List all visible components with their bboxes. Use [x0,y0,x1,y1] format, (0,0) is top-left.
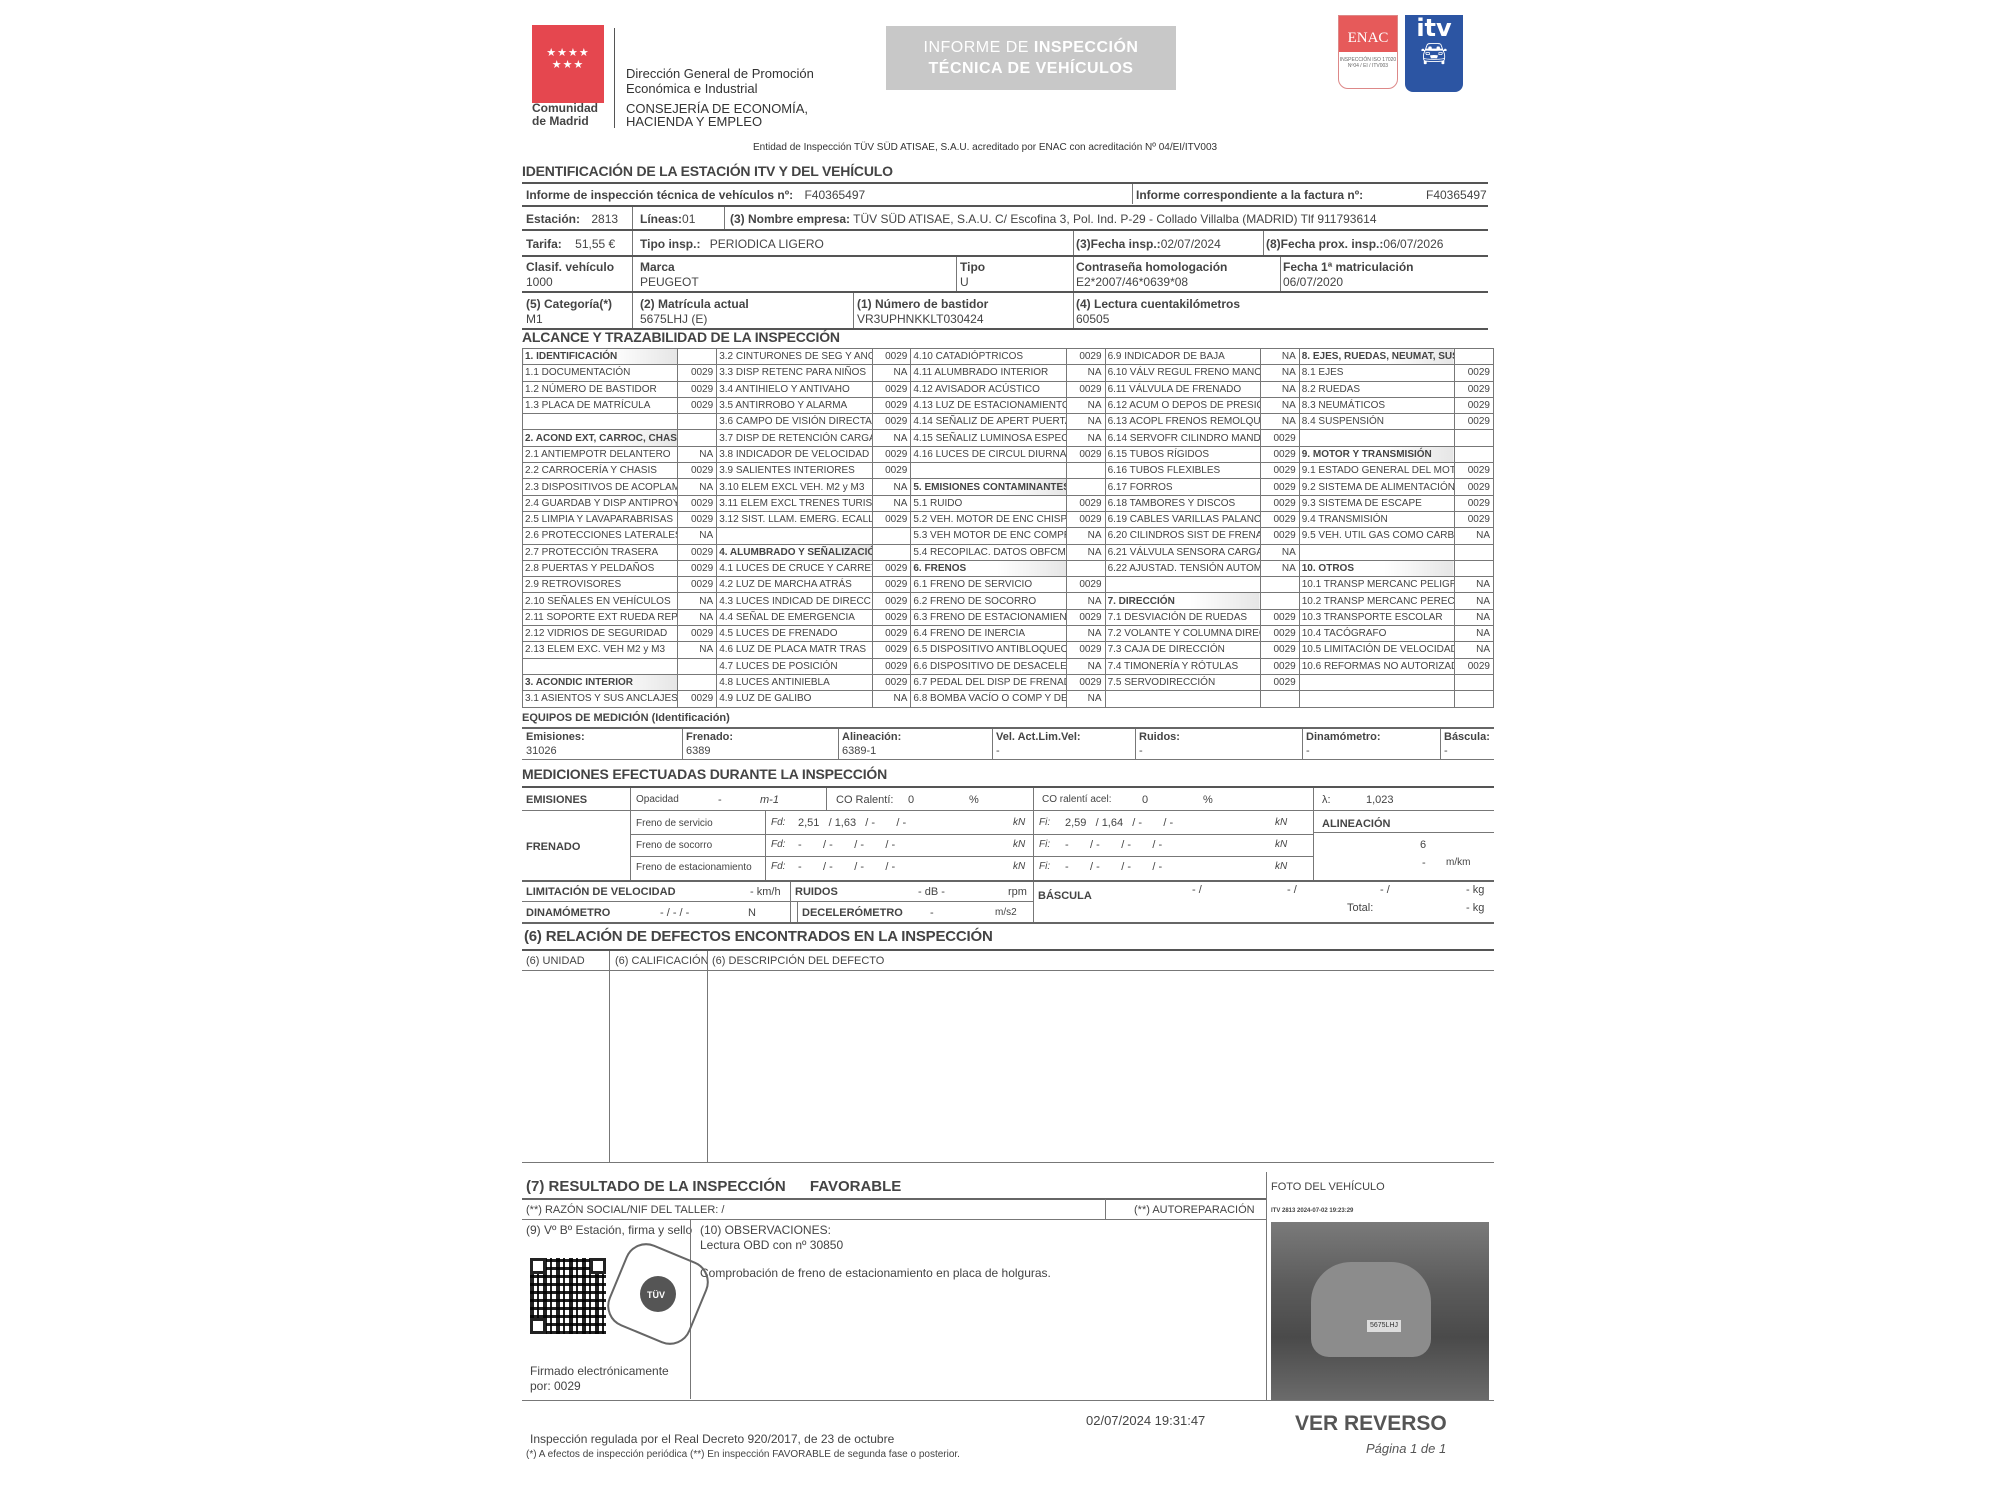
scale-value-3: - / [1380,884,1390,896]
next-date: 06/07/2026 [1383,237,1443,251]
scale-value-2: - / [1287,884,1297,896]
equipment-item: Vel. Act.Lim.Vel:- [996,730,1133,758]
scope-item-label: 5.4 RECOPILAC. DATOS OBFCM [911,544,1066,560]
vehicle-class: 1000 [526,275,553,289]
scope-row: 1. IDENTIFICACIÓN3.2 CINTURONES DE SEG Y… [523,349,1494,365]
equipment-value: - [1306,744,1438,758]
scope-item-label: 5.1 RUIDO [911,495,1066,511]
equipment-item: Báscula:- [1444,730,1492,758]
scope-item-inspector: NA [1260,349,1299,365]
scope-item-inspector: NA [1066,397,1105,413]
divider [1313,788,1314,880]
scope-item-inspector [1260,577,1299,593]
scope-item-label: 6.9 INDICADOR DE BAJA [1105,349,1260,365]
next-date-label: (8)Fecha prox. insp.: [1266,237,1383,251]
divider [522,182,1488,184]
scope-item-label: 4.8 LUCES ANTINIEBLA [717,674,872,690]
print-timestamp: 02/07/2024 19:31:47 [1086,1413,1205,1428]
accreditation-text: Entidad de Inspección TÜV SÜD ATISAE, S.… [753,142,1217,153]
scope-item-label: 9.1 ESTADO GENERAL DEL MOTOR [1299,463,1454,479]
photo-caption: ITV 2813 2024-07-02 19:23:29 [1271,1208,1353,1214]
tipo-label: Tipo [960,260,985,274]
qr-finder [530,1258,546,1274]
scope-item-label: 4.2 LUZ DE MARCHA ATRÁS [717,577,872,593]
fd-label: Fd: [771,861,785,872]
divider [1313,832,1494,833]
odometer-label: (4) Lectura cuentakilómetros [1076,297,1240,311]
scope-item-label: 8.4 SUSPENSIÓN [1299,414,1454,430]
decel-value: - [930,907,934,919]
scope-item-inspector: 0029 [1260,658,1299,674]
company-label: (3) Nombre empresa: [730,212,850,226]
divider [522,1219,1266,1220]
scope-item-label: 3.7 DISP DE RETENCIÓN CARGA [717,430,872,446]
equipment-value: - [996,744,1133,758]
divider [522,880,1494,882]
scope-item-inspector: 0029 [1260,511,1299,527]
scope-item-inspector: 0029 [1260,528,1299,544]
scope-item-inspector: 0029 [872,463,911,479]
scope-item-inspector: NA [1455,609,1494,625]
scope-item-label: 4.15 SEÑALIZ LUMINOSA ESPECIF [911,430,1066,446]
fd-values: - / - / - / - [798,861,895,873]
opacity-label: Opacidad [636,794,679,805]
kn-unit: kN [1275,839,1287,850]
station: 2813 [591,212,618,226]
fd-label: Fd: [771,817,785,828]
scope-item-label: 10.1 TRANSP MERCANC PELIGR [1299,577,1454,593]
scope-item-inspector: 0029 [872,642,911,658]
equipment-label: Dinamómetro: [1306,730,1438,744]
scope-item-inspector [678,674,717,690]
scope-item-label: 8.1 EJES [1299,365,1454,381]
scope-item-label: 5.2 VEH. MOTOR DE ENC CHISPA [911,511,1066,527]
fd-values: 2,51 / 1,63 / - / - [798,817,906,829]
scope-item-inspector: 0029 [872,560,911,576]
observation-1: Lectura OBD con nº 30850 [700,1238,843,1252]
scope-item-label: 10.3 TRANSPORTE ESCOLAR [1299,609,1454,625]
scope-item-inspector [678,349,717,365]
divider [1280,257,1281,291]
equipment-label: Vel. Act.Lim.Vel: [996,730,1133,744]
kn-unit: kN [1013,817,1025,828]
qr-finder [530,1318,546,1334]
plate-label: (2) Matrícula actual [640,297,749,311]
scope-item-inspector: 0029 [1260,430,1299,446]
scope-item-label: 1.3 PLACA DE MATRÍCULA [523,397,678,413]
scope-item-inspector: 0029 [872,609,911,625]
scope-item-label: 2.8 PUERTAS Y PELDAÑOS [523,560,678,576]
scope-item-label: 3.10 ELEM EXCL VEH. M2 y M3 [717,479,872,495]
scope-item-inspector: NA [1260,414,1299,430]
scope-item-label: 6.14 SERVOFR CILINDRO MANDO [1105,430,1260,446]
scope-item-inspector: 0029 [1455,365,1494,381]
scope-item-label: 6.8 BOMBA VACÍO O COMP Y DEP [911,691,1066,707]
scope-item-inspector [1455,560,1494,576]
scope-item-inspector: 0029 [1066,381,1105,397]
scope-item-inspector [1455,674,1494,690]
scope-item-label: 3.5 ANTIRROBO Y ALARMA [717,397,872,413]
scope-row: 3. ACONDIC INTERIOR4.8 LUCES ANTINIEBLA0… [523,674,1494,690]
scope-item-inspector: NA [1260,544,1299,560]
scope-item-label: 3.3 DISP RETENC PARA NIÑOS [717,365,872,381]
divider [632,231,633,255]
equipment-item: Alineación:6389-1 [842,730,990,758]
equipment-item: Emisiones:31026 [526,730,680,758]
scope-item-label [1299,674,1454,690]
photo-plate: 5675LHJ [1367,1320,1401,1332]
scope-item-label: 6.12 ACUM O DEPOS DE PRESIÓN [1105,397,1260,413]
signed-line2: por: 0029 [530,1379,581,1393]
equipment-value: 6389-1 [842,744,990,758]
odometer: 60505 [1076,312,1109,326]
scope-item-label: 4.5 LUCES DE FRENADO [717,626,872,642]
scope-item-label: 6.6 DISPOSITIVO DE DESACELERA [911,658,1066,674]
scope-item-inspector: NA [1260,381,1299,397]
equipment-title: EQUIPOS DE MEDICIÓN (Identificación) [522,712,730,724]
fi-values: 2,59 / 1,64 / - / - [1065,817,1173,829]
scale-total-label: Total: [1347,902,1373,914]
see-reverse: VER REVERSO [1295,1412,1447,1436]
scope-item-inspector: NA [1260,397,1299,413]
co-idle-unit: % [969,794,979,806]
scope-item-label: 3.2 CINTURONES DE SEG Y ANCL [717,349,872,365]
scope-item-label: 7.1 DESVIACIÓN DE RUEDAS [1105,609,1260,625]
scope-item-inspector: NA [872,691,911,707]
scope-item-label [523,414,678,430]
result-heading: (7) RESULTADO DE LA INSPECCIÓN FAVORABLE [526,1178,901,1195]
scope-item-inspector: NA [1066,593,1105,609]
scope-item-label: 10.5 LIMITACIÓN DE VELOCIDAD [1299,642,1454,658]
equipment-label: Emisiones: [526,730,680,744]
scope-item-label: 2.1 ANTIEMPOTR DELANTERO [523,446,678,462]
divider [1033,788,1034,810]
scope-item-inspector: 0029 [1260,463,1299,479]
scope-item-inspector [1260,593,1299,609]
scope-item-inspector: NA [872,479,911,495]
regulation-text: Inspección regulada por el Real Decreto … [530,1432,894,1446]
scope-item-inspector: 0029 [872,593,911,609]
scope-item-inspector: 0029 [872,381,911,397]
scope-item-label: 4.13 LUZ DE ESTACIONAMIENTO [911,397,1066,413]
defects-title: (6) RELACIÓN DE DEFECTOS ENCONTRADOS EN … [524,928,993,945]
homologation: E2*2007/46*0639*08 [1076,275,1188,289]
scope-item-label: 4.10 CATADIÓPTRICOS [911,349,1066,365]
station-label: Estación: [526,212,580,226]
scope-item-inspector: 0029 [1455,658,1494,674]
scope-item-label: 7.2 VOLANTE Y COLUMNA DIREC [1105,626,1260,642]
scope-item-inspector: 0029 [678,626,717,642]
category-label: (5) Categoría(*) [526,297,612,311]
divider [1073,231,1074,255]
scope-item-label: 2.5 LIMPIA Y LAVAPARABRISAS [523,511,678,527]
observations-label: (10) OBSERVACIONES: [700,1223,831,1237]
scope-item-label: 6.7 PEDAL DEL DISP DE FRENADA [911,674,1066,690]
scope-item-label: 4.11 ALUMBRADO INTERIOR [911,365,1066,381]
scope-item-inspector: 0029 [872,674,911,690]
scope-item-inspector: 0029 [1066,511,1105,527]
divider [682,729,683,759]
scope-item-label: 1.2 NÚMERO DE BASTIDOR [523,381,678,397]
type-label: Tipo insp.: [640,237,700,251]
scope-item-inspector: 0029 [1455,414,1494,430]
equipment-value: 6389 [686,744,836,758]
scope-item-label: 6.20 CILINDROS SIST DE FRENADO [1105,528,1260,544]
region-name-line2: de Madrid [532,115,598,128]
divider [1132,184,1133,204]
scope-item-label: 2.3 DISPOSITIVOS DE ACOPLAM [523,479,678,495]
scope-item-label [1105,691,1260,707]
lambda-label: λ: [1322,794,1331,806]
scope-row: 2.12 VIDRIOS DE SEGURIDAD00294.5 LUCES D… [523,626,1494,642]
scope-item-inspector: 0029 [678,463,717,479]
scope-row: 3.1 ASIENTOS Y SUS ANCLAJES00294.9 LUZ D… [523,691,1494,707]
first-registration: 06/07/2020 [1283,275,1343,289]
fi-label: Fi: [1039,839,1050,850]
stars-icon: ★★★★★★★ [540,47,596,71]
scope-item-inspector: NA [678,528,717,544]
opacity-value: - [718,794,722,806]
car-icon: 🚘︎ [1405,41,1463,67]
divider [522,229,1488,231]
homolog-label: Contraseña homologación [1076,260,1227,274]
scope-item-label: 6.21 VÁLVULA SENSORA CARGA [1105,544,1260,560]
scope-item-inspector [1066,463,1105,479]
scope-item-label: 5.3 VEH MOTOR DE ENC COMPR [911,528,1066,544]
lines: 01 [682,212,695,226]
scope-item-label: 8.2 RUEDAS [1299,381,1454,397]
scope-item-label: 3.8 INDICADOR DE VELOCIDAD [717,446,872,462]
scope-section-header: 5. EMISIONES CONTAMINANTES [911,479,1066,495]
equipment-item: Frenado:6389 [686,730,836,758]
scope-item-inspector: NA [872,430,911,446]
kn-unit: kN [1013,861,1025,872]
scope-item-label: 2.2 CARROCERÍA Y CHASIS [523,463,678,479]
scope-item-inspector: NA [678,642,717,658]
scope-item-label: 4.16 LUCES DE CIRCUL DIURNA [911,446,1066,462]
ministry: CONSEJERÍA DE ECONOMÍA, HACIENDA Y EMPLE… [626,102,808,128]
opacity-unit: m-1 [760,794,779,806]
col-description: (6) DESCRIPCIÓN DEL DEFECTO [712,955,884,967]
enac-sub: INSPECCIÓN ISO 17020 Nº04 / EI / ITV003 [1339,52,1397,69]
scope-item-label: 4.6 LUZ DE PLACA MATR TRAS [717,642,872,658]
scope-item-inspector: 0029 [1260,479,1299,495]
scope-item-label: 6.19 CABLES VARILLAS PALANCAS [1105,511,1260,527]
scope-item-inspector: 0029 [872,626,911,642]
scope-item-label: 6.1 FRENO DE SERVICIO [911,577,1066,593]
scope-item-inspector: 0029 [1066,349,1105,365]
scope-item-label: 6.3 FRENO DE ESTACIONAMIENTO [911,609,1066,625]
scope-item-inspector: NA [678,479,717,495]
scope-item-inspector: 0029 [872,397,911,413]
divider [724,207,725,229]
noise-value: - dB - [918,886,945,898]
scope-section-header: 1. IDENTIFICACIÓN [523,349,678,365]
scope-item-inspector [1455,544,1494,560]
scope-item-label: 4.4 SEÑAL DE EMERGENCIA [717,609,872,625]
directorate-line1: Dirección General de Promoción [626,66,814,81]
scope-item-inspector: 0029 [1066,674,1105,690]
scope-item-inspector [1455,446,1494,462]
scope-item-label: 10.6 REFORMAS NO AUTORIZADAS [1299,658,1454,674]
scope-item-inspector: NA [1066,365,1105,381]
dyno-value: - / - / - [660,907,689,919]
scope-item-label: 6.2 FRENO DE SOCORRO [911,593,1066,609]
tipo: U [960,275,969,289]
stamp-label: (9) Vº Bº Estación, firma y sello [526,1223,692,1237]
fee-label: Tarifa: [526,237,562,251]
equipment-value: - [1444,744,1492,758]
divider [522,291,1488,293]
scope-item-label: 4.12 AVISADOR ACÚSTICO [911,381,1066,397]
scope-item-inspector: 0029 [678,691,717,707]
kn-unit: kN [1275,861,1287,872]
divider [790,882,791,922]
result-value: FAVORABLE [810,1178,901,1195]
divider [1266,1172,1267,1400]
co-accel-value: 0 [1142,794,1148,806]
scope-item-label: 4.1 LUCES DE CRUCE Y CARRETER [717,560,872,576]
scope-item-inspector: 0029 [1260,626,1299,642]
inspection-type: PERIODICA LIGERO [710,237,824,251]
scope-item-inspector: NA [1066,414,1105,430]
alignment-unit: m/km [1446,857,1470,868]
vin: VR3UPHNKKLT030424 [857,312,984,326]
scope-item-label: 3.1 ASIENTOS Y SUS ANCLAJES [523,691,678,707]
kn-unit: kN [1013,839,1025,850]
scope-item-inspector: NA [1066,691,1105,707]
divider [1033,882,1034,922]
fee: 51,55 € [575,237,615,251]
comunidad-madrid-logo: ★★★★★★★ [532,25,604,103]
scope-item-label: 7.4 TIMONERÍA Y RÓTULAS [1105,658,1260,674]
scope-item-inspector [1455,691,1494,707]
scope-item-inspector: 0029 [872,414,911,430]
divider [522,922,1494,924]
scope-item-inspector: NA [1066,626,1105,642]
equipment-label: Ruidos: [1139,730,1300,744]
scope-item-inspector: NA [678,609,717,625]
scope-item-label: 6.17 FORROS [1105,479,1260,495]
scope-item-inspector: 0029 [678,397,717,413]
insp-date-label: (3)Fecha insp.: [1076,237,1161,251]
scope-item-inspector: 0029 [1260,674,1299,690]
scope-row: 2.11 SOPORTE EXT RUEDA REPNA4.4 SEÑAL DE… [523,609,1494,625]
divider [522,901,1033,902]
scope-item-label: 6.16 TUBOS FLEXIBLES [1105,463,1260,479]
title-light: INFORME DE [924,39,1034,56]
scope-item-label: 8.3 NEUMÁTICOS [1299,397,1454,413]
scope-item-label: 3.9 SALIENTES INTERIORES [717,463,872,479]
divider [1302,729,1303,759]
scope-item-label: 9.2 SISTEMA DE ALIMENTACIÓN [1299,479,1454,495]
scope-item-label: 6.10 VÁLV REGUL FRENO MANO [1105,365,1260,381]
scope-item-label: 3.12 SIST. LLAM. EMERG. ECALL [717,511,872,527]
scale-value-1: - / [1192,884,1202,896]
alignment-value2: - [1422,857,1426,869]
scope-item-label: 2.12 VIDRIOS DE SEGURIDAD [523,626,678,642]
scope-item-inspector: NA [678,446,717,462]
scope-item-inspector [872,528,911,544]
divider [522,255,1488,257]
scope-item-label: 7.5 SERVODIRECCIÓN [1105,674,1260,690]
first-reg-label: Fecha 1ª matriculación [1283,260,1414,274]
dyno-label: DINAMÓMETRO [526,907,610,919]
scope-item-label: 2.9 RETROVISORES [523,577,678,593]
scope-item-inspector: NA [1455,593,1494,609]
scope-item-inspector: 0029 [1260,642,1299,658]
observation-2: Comprobación de freno de estacionamiento… [700,1266,1051,1280]
scope-item-inspector: NA [1260,560,1299,576]
scope-section-header: 2. ACOND EXT, CARROC, CHASIS [523,430,678,446]
scope-item-inspector: 0029 [678,511,717,527]
qr-finder [590,1258,606,1274]
scope-item-label: 3.6 CAMPO DE VISIÓN DIRECTA [717,414,872,430]
equipment-value: - [1139,744,1300,758]
scope-row: 2.2 CARROCERÍA Y CHASIS00293.9 SALIENTES… [523,463,1494,479]
divider [632,207,633,229]
scope-item-label: 9.4 TRANSMISIÓN [1299,511,1454,527]
scope-row: 2.5 LIMPIA Y LAVAPARABRISAS00293.12 SIST… [523,511,1494,527]
divider [1135,729,1136,759]
scope-row: 2. ACOND EXT, CARROC, CHASIS3.7 DISP DE … [523,430,1494,446]
divider [1440,729,1441,759]
scope-item-label: 3.11 ELEM EXCL TRENES TURIST. [717,495,872,511]
divider [632,257,633,291]
scope-item-inspector: NA [1455,642,1494,658]
scope-item-inspector: 0029 [1260,495,1299,511]
page-number: Página 1 de 1 [1366,1441,1446,1456]
scope-row: 2.10 SEÑALES EN VEHÍCULOSNA4.3 LUCES IND… [523,593,1494,609]
category: M1 [526,312,543,326]
divider [1263,231,1264,255]
result-title: (7) RESULTADO DE LA INSPECCIÓN [526,1178,786,1195]
scope-item-inspector: 0029 [678,577,717,593]
brake-name: Freno de estacionamiento [636,862,752,873]
scope-item-inspector [678,414,717,430]
brand: PEUGEOT [640,275,699,289]
invoice-no: F40365497 [1426,188,1487,202]
scope-row: 3.6 CAMPO DE VISIÓN DIRECTA00294.14 SEÑA… [523,414,1494,430]
scope-item-inspector: 0029 [872,446,911,462]
footnote: (*) A efectos de inspección periódica (*… [526,1449,960,1460]
equipment-item: Ruidos:- [1139,730,1300,758]
scope-item-inspector: 0029 [1455,397,1494,413]
brake-name: Freno de socorro [636,840,712,851]
enac-label: ENAC [1339,16,1397,52]
scope-item-inspector [1455,430,1494,446]
insp-date: 02/07/2024 [1161,237,1221,251]
car-image [1311,1262,1431,1357]
divider [992,729,993,759]
scope-item-inspector: 0029 [1455,479,1494,495]
report-no-label: Informe de inspección técnica de vehícul… [526,188,793,202]
scope-item-inspector: 0029 [872,658,911,674]
divider [522,949,1494,951]
scope-item-label [1299,430,1454,446]
noise-unit: rpm [1008,886,1027,898]
itv-logo: itv 🚘︎ [1405,15,1463,92]
lambda-value: 1,023 [1366,794,1394,806]
scope-item-inspector: NA [678,593,717,609]
divider [1073,257,1074,291]
divider [522,205,1488,207]
scope-item-inspector: NA [1066,430,1105,446]
scope-item-inspector: NA [1066,528,1105,544]
divider [1073,293,1074,329]
scope-item-label: 9.3 SISTEMA DE ESCAPE [1299,495,1454,511]
scope-item-label: 2.7 PROTECCIÓN TRASERA [523,544,678,560]
